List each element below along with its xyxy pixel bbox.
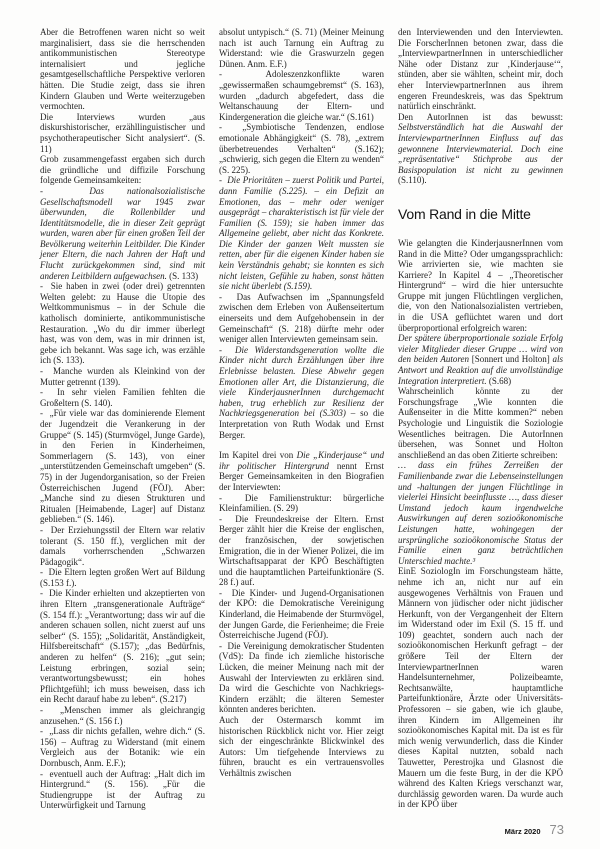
text-run: Wie gelangten die KinderjausnerInnen vom…	[398, 238, 563, 333]
paragraph: - „Menschen immer als gleichrangig anzus…	[40, 705, 205, 726]
text-run: - Die Kinder erhielten und akzeptierten …	[40, 588, 205, 704]
text-run: Wahrscheinlich könnte zu der Forschungsf…	[398, 386, 563, 460]
text-run: den Interviewenden und den Interviewten.…	[398, 27, 563, 111]
text-run: - Sie haben in zwei (oder drei) getrennt…	[40, 281, 205, 365]
paragraph: - Sie haben in zwei (oder drei) getrennt…	[40, 281, 205, 366]
text-run: - Die Familienstruktur: bürgerliche Klei…	[219, 493, 384, 514]
text-run: -	[40, 186, 89, 196]
text-column-right: den Interviewenden und den Interviewten.…	[398, 27, 563, 811]
paragraph: - „Für viele war das dominierende Elemen…	[40, 408, 205, 525]
paragraph: - Die Prioritäten – zuerst Politik und P…	[219, 175, 384, 292]
text-column-left: Aber die Betroffenen waren nicht so weit…	[40, 27, 205, 811]
paragraph: Den AutorInnen ist das bewusst: Selbstve…	[398, 112, 563, 186]
paragraph: - Die Familienstruktur: bürgerliche Klei…	[219, 493, 384, 514]
text-run: - Die Eltern legten großen Wert auf Bild…	[40, 567, 205, 588]
text-run: Im Kapitel drei von	[219, 450, 297, 460]
paragraph: EinE SoziologIn im Forschungsteam hätte,…	[398, 566, 563, 810]
paragraph: Wie gelangten die KinderjausnerInnen vom…	[398, 238, 563, 333]
text-run: Das nationalsozialistische Gesellschafts…	[40, 186, 205, 281]
text-run: - Die Kinder- und Jugend-Organisationen …	[219, 588, 384, 640]
paragraph: - In sehr vielen Familien fehlten die Gr…	[40, 387, 205, 408]
paragraph: Wahrscheinlich könnte zu der Forschungsf…	[398, 386, 563, 460]
text-run: - Die Freundeskreise der Eltern. Ernst B…	[219, 514, 384, 588]
text-columns: Aber die Betroffenen waren nicht so weit…	[0, 0, 600, 811]
text-run: [Sonnert und Holton]	[472, 354, 553, 364]
text-run: Die Prioritäten – zuerst Politik und Par…	[219, 175, 384, 291]
paragraph: Der spätere überproportionale soziale Er…	[398, 333, 563, 386]
text-run: Die Interviews wurden „aus diskurshistor…	[40, 112, 205, 154]
text-run: (S.110).	[398, 175, 427, 185]
text-run: (S. 133)	[167, 271, 198, 281]
text-run: - In sehr vielen Familien fehlten die Gr…	[40, 387, 205, 408]
paragraph: - eventuell auch der Auftrag: „Halt dich…	[40, 769, 205, 811]
paragraph: den Interviewenden und den Interviewten.…	[398, 27, 563, 112]
paragraph: - Die Kinder- und Jugend-Organisationen …	[219, 588, 384, 641]
text-run: -	[219, 175, 227, 185]
paragraph: - „Lass dir nichts gefallen, wehre dich.…	[40, 726, 205, 768]
text-run: - eventuell auch der Auftrag: „Halt dich…	[40, 769, 205, 811]
text-run: absolut untypisch.“ (S. 71) (Meiner Mein…	[219, 27, 384, 69]
paragraph: Auch der Ostermarsch kommt im historisch…	[219, 715, 384, 779]
text-run: EinE SoziologIn im Forschungsteam hätte,…	[398, 566, 563, 809]
text-run: Die Widerstandsgeneration wollte die Kin…	[219, 345, 384, 419]
paragraph: - Adoleszenzkonflikte waren „gewissermaß…	[219, 69, 384, 122]
paragraph: - Die Vereinigung demokratischer Student…	[219, 641, 384, 715]
text-run: - Das Aufwachsen im „Spannungsfeld zwisc…	[219, 292, 384, 344]
paragraph: Aber die Betroffenen waren nicht so weit…	[40, 27, 205, 112]
paragraph: Die Interviews wurden „aus diskurshistor…	[40, 112, 205, 154]
paragraph: Grob zusammengefasst ergaben sich durch …	[40, 154, 205, 186]
text-run: Aber die Betroffenen waren nicht so weit…	[40, 27, 205, 111]
text-run: - „Menschen immer als gleichrangig anzus…	[40, 705, 205, 726]
paragraph: Im Kapitel drei von Die „Kinderjause“ un…	[219, 450, 384, 492]
footer-issue-date: März 2020	[505, 827, 541, 836]
paragraph: - Manche wurden als Kleinkind von der Mu…	[40, 366, 205, 387]
footer-page-number: 73	[550, 822, 564, 837]
paragraph: - Die Eltern legten großen Wert auf Bild…	[40, 567, 205, 588]
paragraph: … dass ein frühes Zerreißen der Familien…	[398, 460, 563, 566]
paragraph: - Das nationalsozialistische Gesellschaf…	[40, 186, 205, 281]
text-run: Grob zusammengefasst ergaben sich durch …	[40, 154, 205, 185]
text-run: Vom Rand in die Mitte	[398, 206, 531, 222]
page-footer: März 2020 73	[505, 822, 564, 837]
paragraph: - „Symbiotische Tendenzen, endlose emoti…	[219, 122, 384, 175]
section-heading: Vom Rand in die Mitte	[398, 206, 563, 222]
paragraph: - Die Freundeskreise der Eltern. Ernst B…	[219, 514, 384, 588]
text-run: - Adoleszenzkonflikte waren „gewissermaß…	[219, 69, 384, 121]
text-run: - Der Erziehungsstil der Eltern war rela…	[40, 525, 205, 567]
text-run: Auch der Ostermarsch kommt im historisch…	[219, 715, 384, 778]
paragraph: - Der Erziehungsstil der Eltern war rela…	[40, 525, 205, 567]
text-run: - „Für viele war das dominierende Elemen…	[40, 408, 205, 524]
paragraph: absolut untypisch.“ (S. 71) (Meiner Mein…	[219, 27, 384, 69]
magazine-page: Aber die Betroffenen waren nicht so weit…	[0, 0, 600, 849]
text-run: - „Symbiotische Tendenzen, endlose emoti…	[219, 122, 384, 174]
paragraph: - Die Kinder erhielten und akzeptierten …	[40, 588, 205, 705]
text-run: - Die Vereinigung demokratischer Student…	[219, 641, 384, 715]
paragraph: - Die Widerstandsgeneration wollte die K…	[219, 345, 384, 440]
text-run: … dass ein frühes Zerreißen der Familien…	[398, 460, 563, 565]
text-run: Den AutorInnen ist das bewusst:	[398, 112, 563, 122]
text-run: -	[219, 345, 235, 355]
text-column-middle: absolut untypisch.“ (S. 71) (Meiner Mein…	[219, 27, 384, 811]
text-run: Selbstverständlich hat die Auswahl der I…	[398, 122, 563, 174]
text-run: (S.68)	[487, 376, 512, 386]
paragraph: - Das Aufwachsen im „Spannungsfeld zwisc…	[219, 292, 384, 345]
text-run: - „Lass dir nichts gefallen, wehre dich.…	[40, 726, 205, 768]
text-run: - Manche wurden als Kleinkind von der Mu…	[40, 366, 205, 387]
